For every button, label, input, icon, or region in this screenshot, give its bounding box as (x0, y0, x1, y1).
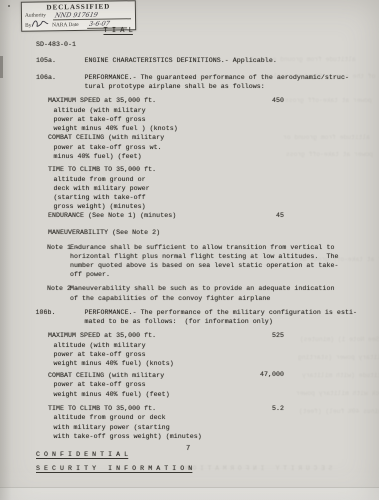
spec-time-to-climb-b-line4: with take-off gross weight) (minutes) (54, 432, 202, 441)
note2-line1: Maneuverability shall be such as to prov… (70, 284, 334, 293)
bleed-through-text: altitude (with military (302, 371, 379, 380)
bleed-through-text: power at take-off gross (286, 150, 373, 159)
note1-line3: number quoted above is based on sea leve… (70, 261, 338, 270)
spec-max-speed-a-line1: MAXIMUM SPEED at 35,000 ft. (48, 96, 156, 105)
spec-combat-ceiling-a-line2: power at take-off gross wt. (54, 143, 162, 152)
spec-combat-ceiling-b-line2: power at take-off gross (54, 380, 146, 389)
spec-combat-ceiling-b-line3: weight minus 40% fuel) (feet) (54, 390, 170, 399)
bleed-through-text: S E C U R I T Y I N F O R M A T I O N (185, 464, 332, 473)
stamp-title: DECLASSIFIED (22, 2, 135, 12)
note1-line1: Endurance shall be sufficient to allow t… (70, 243, 334, 252)
spec-combat-ceiling-b-value: 47,000 (242, 370, 284, 379)
section-106a-text-line2: tural prototype airplane shall be as fol… (85, 82, 265, 91)
nara-date-label: NARA Date (52, 22, 79, 28)
page-number: 7 (186, 445, 190, 454)
scan-edge-strip (0, 487, 379, 500)
spec-time-to-climb-a-line2: altitude from ground or (54, 175, 146, 184)
spec-max-speed-b-value: 525 (242, 331, 284, 340)
spec-max-speed-a-line3: power at take-off gross (54, 115, 146, 124)
section-106a-text-line1: PERFORMANCE.- The guaranteed performance… (85, 73, 349, 82)
spec-max-speed-b-line3: power at take-off gross (54, 350, 146, 359)
section-106b-number: 106b. (36, 308, 56, 317)
spec-time-to-climb-a-line3: deck with military power (54, 184, 150, 193)
footer-security-information: S E C U R I T Y I N F O R M A T I O N (36, 464, 192, 473)
section-106b-text-line2: mated to be as follows: (for information… (85, 317, 273, 326)
spec-max-speed-b-line4: weight minus 40% fuel) (knots) (54, 359, 174, 368)
signature-mark (31, 18, 49, 28)
classification-header-partial: T I A L (104, 27, 133, 36)
note1-line2: horizontal flight plus normal flight tes… (70, 252, 338, 261)
spec-max-speed-a-value: 450 (242, 96, 284, 105)
spec-combat-ceiling-b-line1: COMBAT CEILING (with military (48, 371, 164, 380)
bleed-through-text: weight minus 40% fuel) (feet) (299, 407, 379, 416)
spec-combat-ceiling-a-line3: minus 40% fuel) (feet) (54, 152, 142, 161)
spec-time-to-climb-a-line1: TIME TO CLIMB TO 35,000 ft. (48, 165, 156, 174)
spec-time-to-climb-b-line3: with military power (starting (54, 423, 170, 432)
doc-number: SD-483-0-1 (36, 40, 76, 49)
spec-combat-ceiling-a-line1: COMBAT CEILING (with military (48, 133, 164, 142)
bleed-through-text: deck with military power (296, 389, 379, 398)
footer-confidential: C O N F I D E N T I A L (36, 450, 128, 459)
authority-value: NND 917619 (54, 10, 98, 19)
spec-maneuverability-line: MANEUVERABILITY (See Note 2) (48, 228, 160, 237)
spec-endurance-value: 45 (242, 211, 284, 220)
bleed-through-text: altitude from ground or (283, 133, 370, 142)
spec-time-to-climb-b-line1: TIME TO CLIMB TO 35,000 ft. (48, 404, 156, 413)
note2-line2: of the capabilities of the convoy fighte… (70, 294, 270, 303)
spec-max-speed-b-line1: MAXIMUM SPEED at 35,000 ft. (48, 331, 156, 340)
spec-time-to-climb-a-line4: (starting with take-off (54, 193, 146, 202)
bleed-through-text: power at take-off gross (285, 96, 372, 105)
section-105a-text: ENGINE CHARACTERISTICS DEFINITIONS.- App… (85, 56, 277, 65)
spec-max-speed-a-line4: weight minus 40% fuel ) (knots) (54, 124, 178, 133)
spec-max-speed-a-line2: altitude (with military (54, 106, 146, 115)
spec-max-speed-b-line2: altitude (with military (54, 341, 146, 350)
spec-endurance-line: ENDURANCE (See Note 1) (minutes) (48, 211, 176, 220)
scan-artifact (8, 5, 10, 7)
section-105a-number: 105a. (36, 56, 56, 65)
scanned-document-page: altitude from ground or deck of the capa… (0, 0, 379, 500)
spec-time-to-climb-b-line2: altitude from ground or deck (54, 413, 166, 422)
bleed-through-text: ENDURANCE (See Note 1) (minutes) (300, 335, 379, 344)
bleed-through-text: with military power (starting (298, 353, 379, 362)
spec-time-to-climb-b-value: 5.2 (242, 404, 284, 413)
section-106b-text-line1: PERFORMANCE.- The performance of the mil… (85, 308, 357, 317)
section-106a-number: 106a. (36, 73, 56, 82)
note1-line4: off power. (70, 270, 110, 279)
scan-artifact (0, 56, 3, 78)
